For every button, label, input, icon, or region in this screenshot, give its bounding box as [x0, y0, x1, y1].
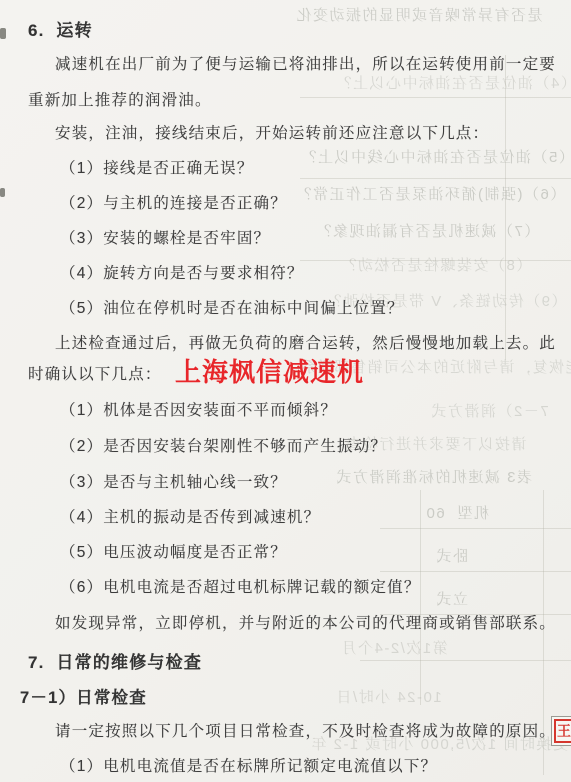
section-7-heading: 7. 日常的维修与检查 — [28, 648, 202, 673]
bleedthrough-line: 7－2）润滑方式 — [430, 400, 549, 421]
bleedthrough-grid-line — [300, 260, 571, 261]
body-text-line: 如发现异常，立即停机，并与附近的本公司的代理商或销售部联系。 — [55, 611, 556, 633]
bleedthrough-grid-line — [360, 660, 571, 661]
bleedthrough-grid-line — [380, 571, 571, 572]
checklist-item: （3）安装的螺栓是否牢固？ — [60, 226, 270, 248]
body-text-line: 时确认以下几点： — [28, 362, 162, 384]
checklist-item: （2）是否因安装台架刚性不够而产生振动？ — [60, 434, 387, 456]
scan-smudge — [0, 28, 6, 39]
bleedthrough-line: （4）油位是否在油标中心以上？ — [335, 72, 571, 93]
bleedthrough-grid-line — [300, 178, 571, 179]
body-text-line: 安装，注油，接线结束后，开始运转前还应注意以下几点： — [55, 121, 489, 143]
scan-smudge — [0, 188, 5, 197]
watermark-text: 上海枫信减速机 — [175, 352, 364, 389]
body-text-line: 减速机在出厂前为了便与运输已将油排出，所以在运转使用前一定要 — [55, 52, 556, 74]
checklist-item: （5）电压波动幅度是否正常？ — [60, 540, 287, 562]
bleedthrough-line: （6）(强制)循环油泵是否工作正常？ — [295, 183, 565, 204]
checklist-item: （1）接线是否正确无误？ — [60, 156, 254, 178]
section-6-heading: 6. 运转 — [28, 16, 93, 41]
bleedthrough-grid-line — [380, 528, 571, 529]
bleedthrough-grid-line — [300, 97, 571, 98]
checklist-item: （1）机体是否因安装面不平而倾斜？ — [60, 398, 337, 420]
bleedthrough-line: （7）减速机是否有漏油现象？ — [315, 220, 539, 241]
bleedthrough-line: 立式 — [435, 588, 468, 609]
section-7-1-heading: 7－1）日常检查 — [20, 684, 147, 708]
red-seal-stamp: 王 — [551, 716, 571, 746]
checklist-item: （4）主机的振动是否传到减速机？ — [60, 505, 320, 527]
bleedthrough-line: 是否有异常噪音或明显的振动变化 — [295, 4, 543, 25]
bleedthrough-line: 第1次/2-4个月 — [340, 637, 448, 658]
checklist-item: （5）油位在停机时是否在油标中间偏上位置？ — [60, 296, 404, 318]
checklist-item: （1）电机电流值是否在标牌所记额定电流值以下？ — [60, 754, 437, 776]
checklist-item: （6）电机电流是否超过电机标牌记载的额定值？ — [60, 575, 421, 597]
checklist-item: （2）与主机的连接是否正确？ — [60, 191, 287, 213]
body-text-line: 上述检查通过后，再做无负荷的磨合运转，然后慢慢地加载上去。此 — [55, 331, 556, 353]
bleedthrough-line: 卧式 — [435, 545, 468, 566]
scanned-manual-page: 是否有异常噪音或明显的振动变化 （4）油位是否在油标中心以上？ （5）油位是否在… — [0, 0, 571, 782]
bleedthrough-grid-line — [505, 55, 506, 360]
bleedthrough-line: 表3 减速机的标准润滑方式 — [335, 466, 532, 487]
red-seal-character: 王 — [554, 719, 571, 743]
checklist-item: （3）是否与主机轴心线一致？ — [60, 470, 287, 492]
body-text-line: 请一定按照以下几个项目日常检查，不及时检查将成为故障的原因。 — [55, 719, 556, 741]
bleedthrough-line: （8）安装螺栓是否松动？ — [340, 254, 531, 275]
bleedthrough-line: （5）油位是否在油标中心线中以上？ — [300, 146, 571, 167]
body-text-line: 重新加上推荐的润滑油。 — [28, 88, 212, 110]
bleedthrough-line: 机型 60 — [425, 502, 489, 523]
bleedthrough-grid-line — [420, 490, 421, 705]
bleedthrough-line: 10-24 小时/日 — [335, 686, 442, 707]
checklist-item: （4）旋转方向是否与要求相符？ — [60, 261, 304, 283]
